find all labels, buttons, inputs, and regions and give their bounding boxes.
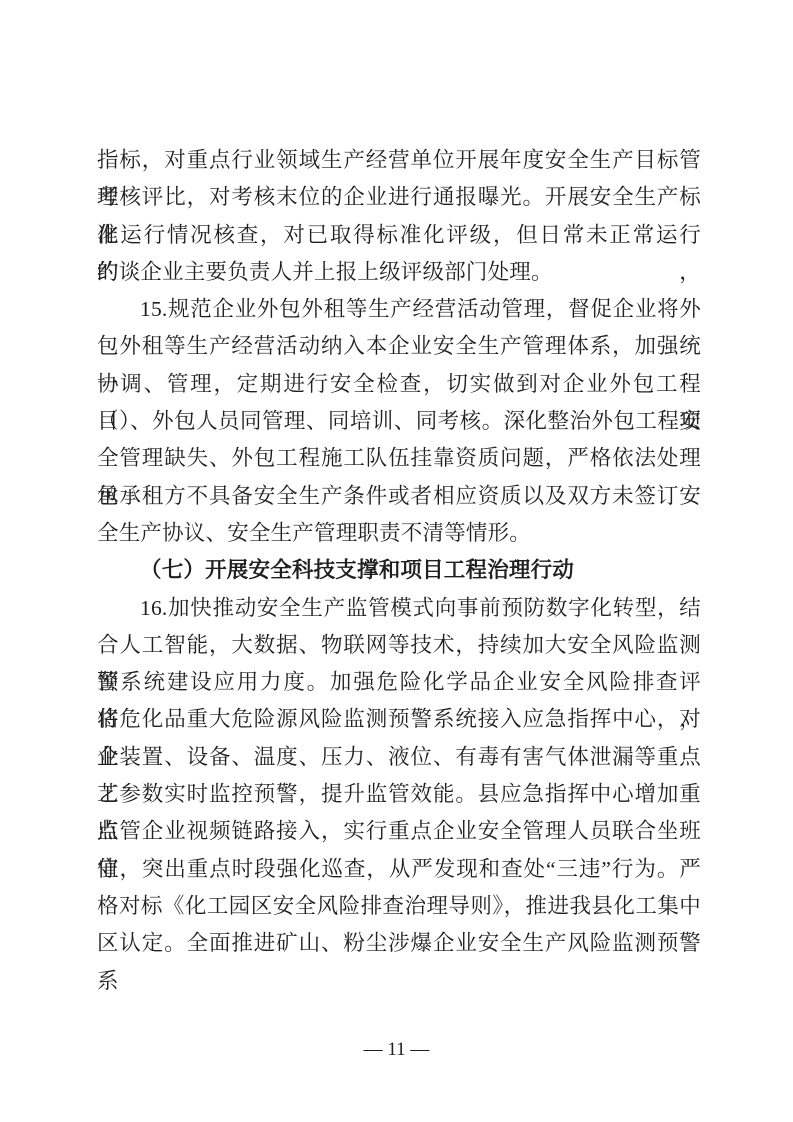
- text-line: 艺参数实时监控预警，提升监管效能。县应急指挥中心增加重点: [97, 776, 701, 813]
- text-line: 考核评比，对考核末位的企业进行通报曝光。开展安全生产标准: [97, 179, 701, 216]
- text-line: 合人工智能，大数据、物联网等技术，持续加大安全风险监测预: [97, 627, 701, 664]
- text-line: 15.规范企业外包外租等生产经营活动管理，督促企业将外: [97, 291, 701, 328]
- text-line: 化运行情况核查，对已取得标准化评级，但日常未正常运行的，: [97, 217, 701, 254]
- text-line: 监管企业视频链路接入，实行重点企业安全管理人员联合坐班值: [97, 813, 701, 850]
- document-page: 指标，对重点行业领域生产经营单位开展年度安全生产目标管理 考核评比，对考核末位的…: [0, 0, 793, 1122]
- text-line: 警系统建设应用力度。加强危险化学品企业安全风险排查评估，: [97, 664, 701, 701]
- text-line: 协调、管理，定期进行安全检查，切实做到对企业外包工程（项: [97, 366, 701, 403]
- text-line: 全管理缺失、外包工程施工队伍挂靠资质问题，严格依法处理承: [97, 440, 701, 477]
- text-line: 守，突出重点时段强化巡查，从严发现和查处“三违”行为。严: [97, 851, 701, 888]
- section-heading: （七）开展安全科技支撑和项目工程治理行动: [97, 552, 701, 589]
- text-line: 16.加快推动安全生产监管模式向事前预防数字化转型，结: [97, 590, 701, 627]
- text-line: 目）、外包人员同管理、同培训、同考核。深化整治外包工程安: [97, 403, 701, 440]
- text-line: 业装置、设备、温度、压力、液位、有毒有害气体泄漏等重点工: [97, 739, 701, 776]
- page-number: — 11 —: [0, 1036, 793, 1064]
- text-line: 全生产协议、安全生产管理职责不清等情形。: [97, 515, 701, 552]
- text-line: 将危化品重大危险源风险监测预警系统接入应急指挥中心，对企: [97, 701, 701, 738]
- text-line: 包承租方不具备安全生产条件或者相应资质以及双方未签订安: [97, 478, 701, 515]
- text-line: 区认定。全面推进矿山、粉尘涉爆企业安全生产风险监测预警系: [97, 925, 701, 962]
- document-body: 指标，对重点行业领域生产经营单位开展年度安全生产目标管理 考核评比，对考核末位的…: [97, 142, 701, 963]
- text-line: 格对标《化工园区安全风险排查治理导则》，推进我县化工集中: [97, 888, 701, 925]
- text-line: 指标，对重点行业领域生产经营单位开展年度安全生产目标管理: [97, 142, 701, 179]
- text-line: 包外租等生产经营活动纳入本企业安全生产管理体系，加强统一: [97, 328, 701, 365]
